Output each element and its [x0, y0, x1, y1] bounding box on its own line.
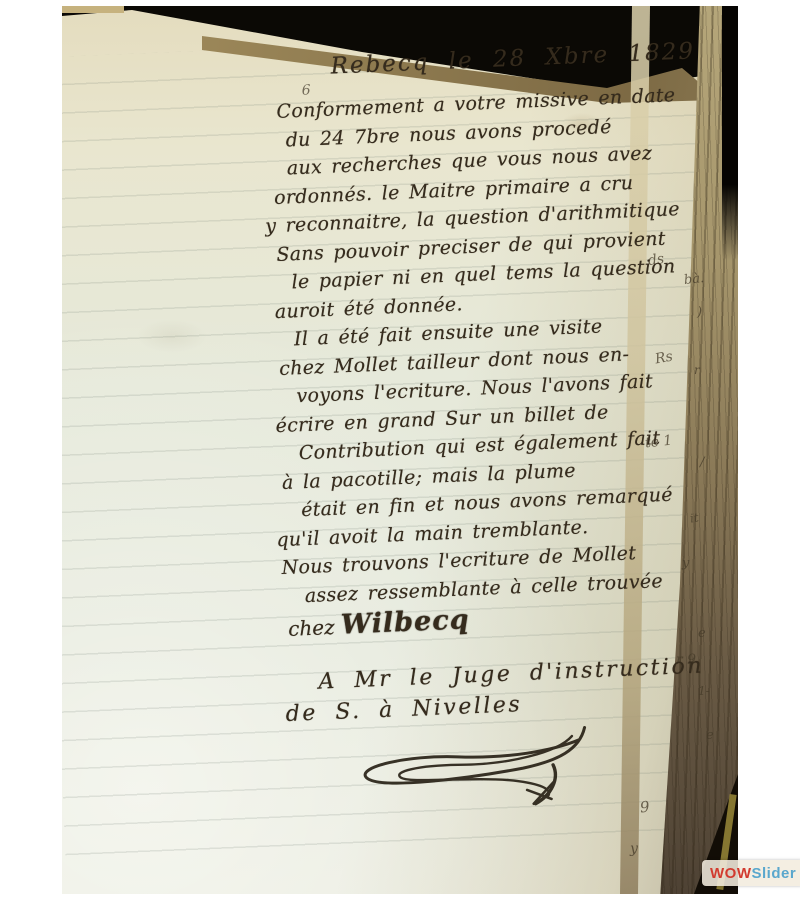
- screenshot-canvas: ds bà. ) Rs r te 1 / it y e r 9 1- e 9 y…: [0, 0, 800, 900]
- wowslider-watermark[interactable]: WOWSlider: [702, 860, 800, 886]
- watermark-wow-label: WOW: [710, 865, 751, 882]
- wilbecq-name: Wilbecq: [340, 604, 470, 640]
- signature-flourish: [347, 721, 600, 816]
- watermark-slider-label: Slider: [751, 865, 796, 882]
- letter-date-line: Rebecq le 28 Xbre 1829: [330, 33, 733, 84]
- handwritten-letter: Rebecq le 28 Xbre 1829 6 Conformement a …: [272, 33, 738, 823]
- letter-body: Conformement a votre missive en datedu 2…: [274, 79, 738, 611]
- page-edge-fragment: y: [630, 841, 638, 857]
- manuscript-photo: ds bà. ) Rs r te 1 / it y e r 9 1- e 9 y…: [62, 6, 738, 894]
- wilbecq-prefix: chez: [288, 615, 335, 641]
- page-top-left-edge: [62, 6, 124, 13]
- letter-closing: A Mr le Juge d'instructionde S. à Nivell…: [284, 648, 738, 730]
- ink-mark: 6: [301, 82, 311, 98]
